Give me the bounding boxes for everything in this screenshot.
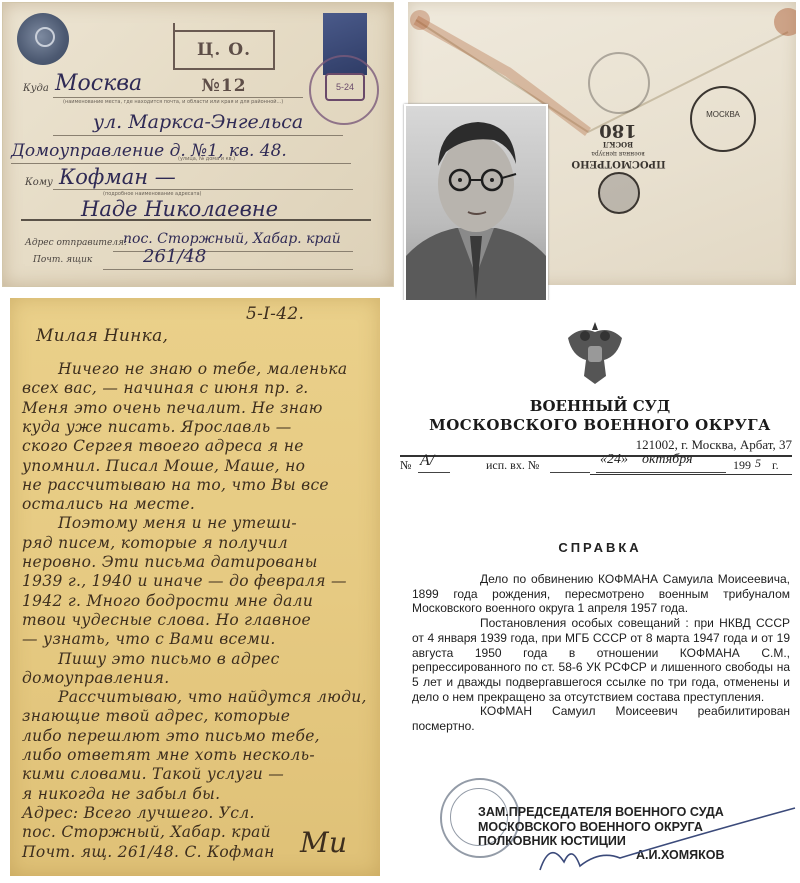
date-year-suffix: 5 [755,456,761,471]
letter-line: всех вас, — начиная с июня пр. г. [22,379,309,397]
censor-line-3: ПРОСМОТРЕНО [566,158,671,169]
letter-line: Почт. ящ. 261/48. С. Кофман [22,843,275,861]
field-value-street: ул. Маркса-Энгельса [93,111,303,133]
paragraph-rehabilitation: КОФМАН Самуил Моисеевич реабилитирован п… [412,704,790,733]
envelope-front: Ц. О. №12 5-24 Куда Москва (наименование… [2,2,394,287]
court-address: 121002, г. Москва, Арбат, 37 [560,437,792,453]
field-label-pobox: Почт. ящик [33,255,92,265]
reg-number-value: А/ [420,452,434,470]
small-postmark-icon [598,172,640,214]
letter-line: Пишу это письмо в адрес [58,650,280,668]
field-value-city: Москва [55,71,142,96]
incoming-label: исп. вх. № [486,458,539,473]
date-year-unit: г. [772,458,779,473]
letter-line: пос. Сторжный, Хабар. край [22,823,271,841]
letter-line: не рассчитываю на то, что Вы все [22,476,329,494]
letter-line: домоуправления. [22,669,169,687]
letter-line: я никогда не забыл бы. [22,785,220,803]
header-rule [400,455,792,457]
moscow-postmark-icon: МОСКВА [690,86,756,152]
reg-number-label: № [400,458,411,473]
portrait-photo [404,104,548,302]
censor-number: 180 [568,120,668,141]
field-label-kuda: Куда [23,83,49,94]
field-value-pobox: 261/48 [143,246,206,267]
letter-line: Адрес: Всего лучшего. Усл. [22,804,255,822]
postmark-text: МОСКВА [692,110,754,119]
letter-line: знающие твой адрес, которые [22,707,290,725]
letter-line: Поэтому меня и не утеши- [58,514,297,532]
letter-line: куда уже писать. Ярославль — [22,418,292,436]
letter-line: Рассчитываю, что найдутся люди, [58,688,367,706]
paragraph-decisions-annulled: Постановления особых совещаний : при НКВ… [412,616,790,704]
field-value-sender-address: пос. Сторжный, Хабар. край [123,231,341,247]
letter-line: остались на месте. [22,495,195,513]
censor-line-2: военная цензура [568,150,668,157]
letter-line: ряд писем, которые я получил [22,534,288,552]
letter-line: кими словами. Такой услуги — [22,765,284,783]
ussr-emblem-icon [17,13,69,65]
date-year-prefix: 199 [733,458,751,473]
paragraph-case-review: Дело по обвинению КОФМАНА Самуила Моисее… [412,572,790,616]
field-value-recipient-name: Наде Николаевне [81,197,278,221]
letter-line: Ничего не знаю о тебе, маленька [58,360,347,378]
field-label-sender: Адрес отправителя: [25,238,127,248]
document-heading: СПРАВКА [400,540,800,555]
russian-eagle-emblem-icon [560,316,630,388]
letter-line: ского Сергея твоего адреса я не [22,437,304,455]
signature-stroke-icon [520,800,800,880]
letter-line: упомнил. Писал Моше, Маше, но [22,457,305,475]
fine-print-street: (улица, № дома и кв.) [178,156,235,162]
letter-line: Меня это очень печалит. Не знаю [22,399,323,417]
letter-line: — узнать, что с Вами всеми. [22,630,276,648]
date-month: октября [642,452,693,468]
censor-line-1: ВОСКЛ [573,140,663,149]
postmark-date: 5-24 [325,73,365,101]
handwritten-letter: 5-I-42. Милая Нинка, Ничего не знаю о те… [10,298,380,876]
field-value-recipient: Кофман — [59,165,176,189]
field-label-komu: Кому [25,177,53,188]
certificate-body: Дело по обвинению КОФМАНА Самуила Моисее… [412,572,790,734]
portrait-icon [406,106,546,300]
letter-line: 1939 г., 1940 и иначе — до февраля — [22,572,347,590]
letter-greeting: Милая Нинка, [36,326,168,346]
court-title-line-1: ВОЕННЫЙ СУД [400,397,800,415]
court-title-line-2: МОСКОВСКОГО ВОЕННОГО ОКРУГА [400,416,800,434]
faded-postmark-icon [588,52,650,114]
letter-line: твои чудесные слова. Но главное [22,611,311,629]
field-value-house: Домоуправление д. №1, кв. 48. [11,141,287,161]
letter-line: либо ответят мне хоть несколь- [22,746,315,764]
fine-print: (наименование места, где находится почта… [63,99,283,105]
letter-date: 5-I-42. [246,304,304,324]
letter-line: либо перешлют это письмо тебе, [22,727,320,745]
letter-line: 1942 г. Много бодрости мне дали [22,592,313,610]
letter-line: неровно. Эти письма датированы [22,553,318,571]
letter-signature: Ми [300,826,347,859]
date-day: «24» [600,452,628,468]
censor-stamp: Ц. О. №12 [173,30,275,70]
